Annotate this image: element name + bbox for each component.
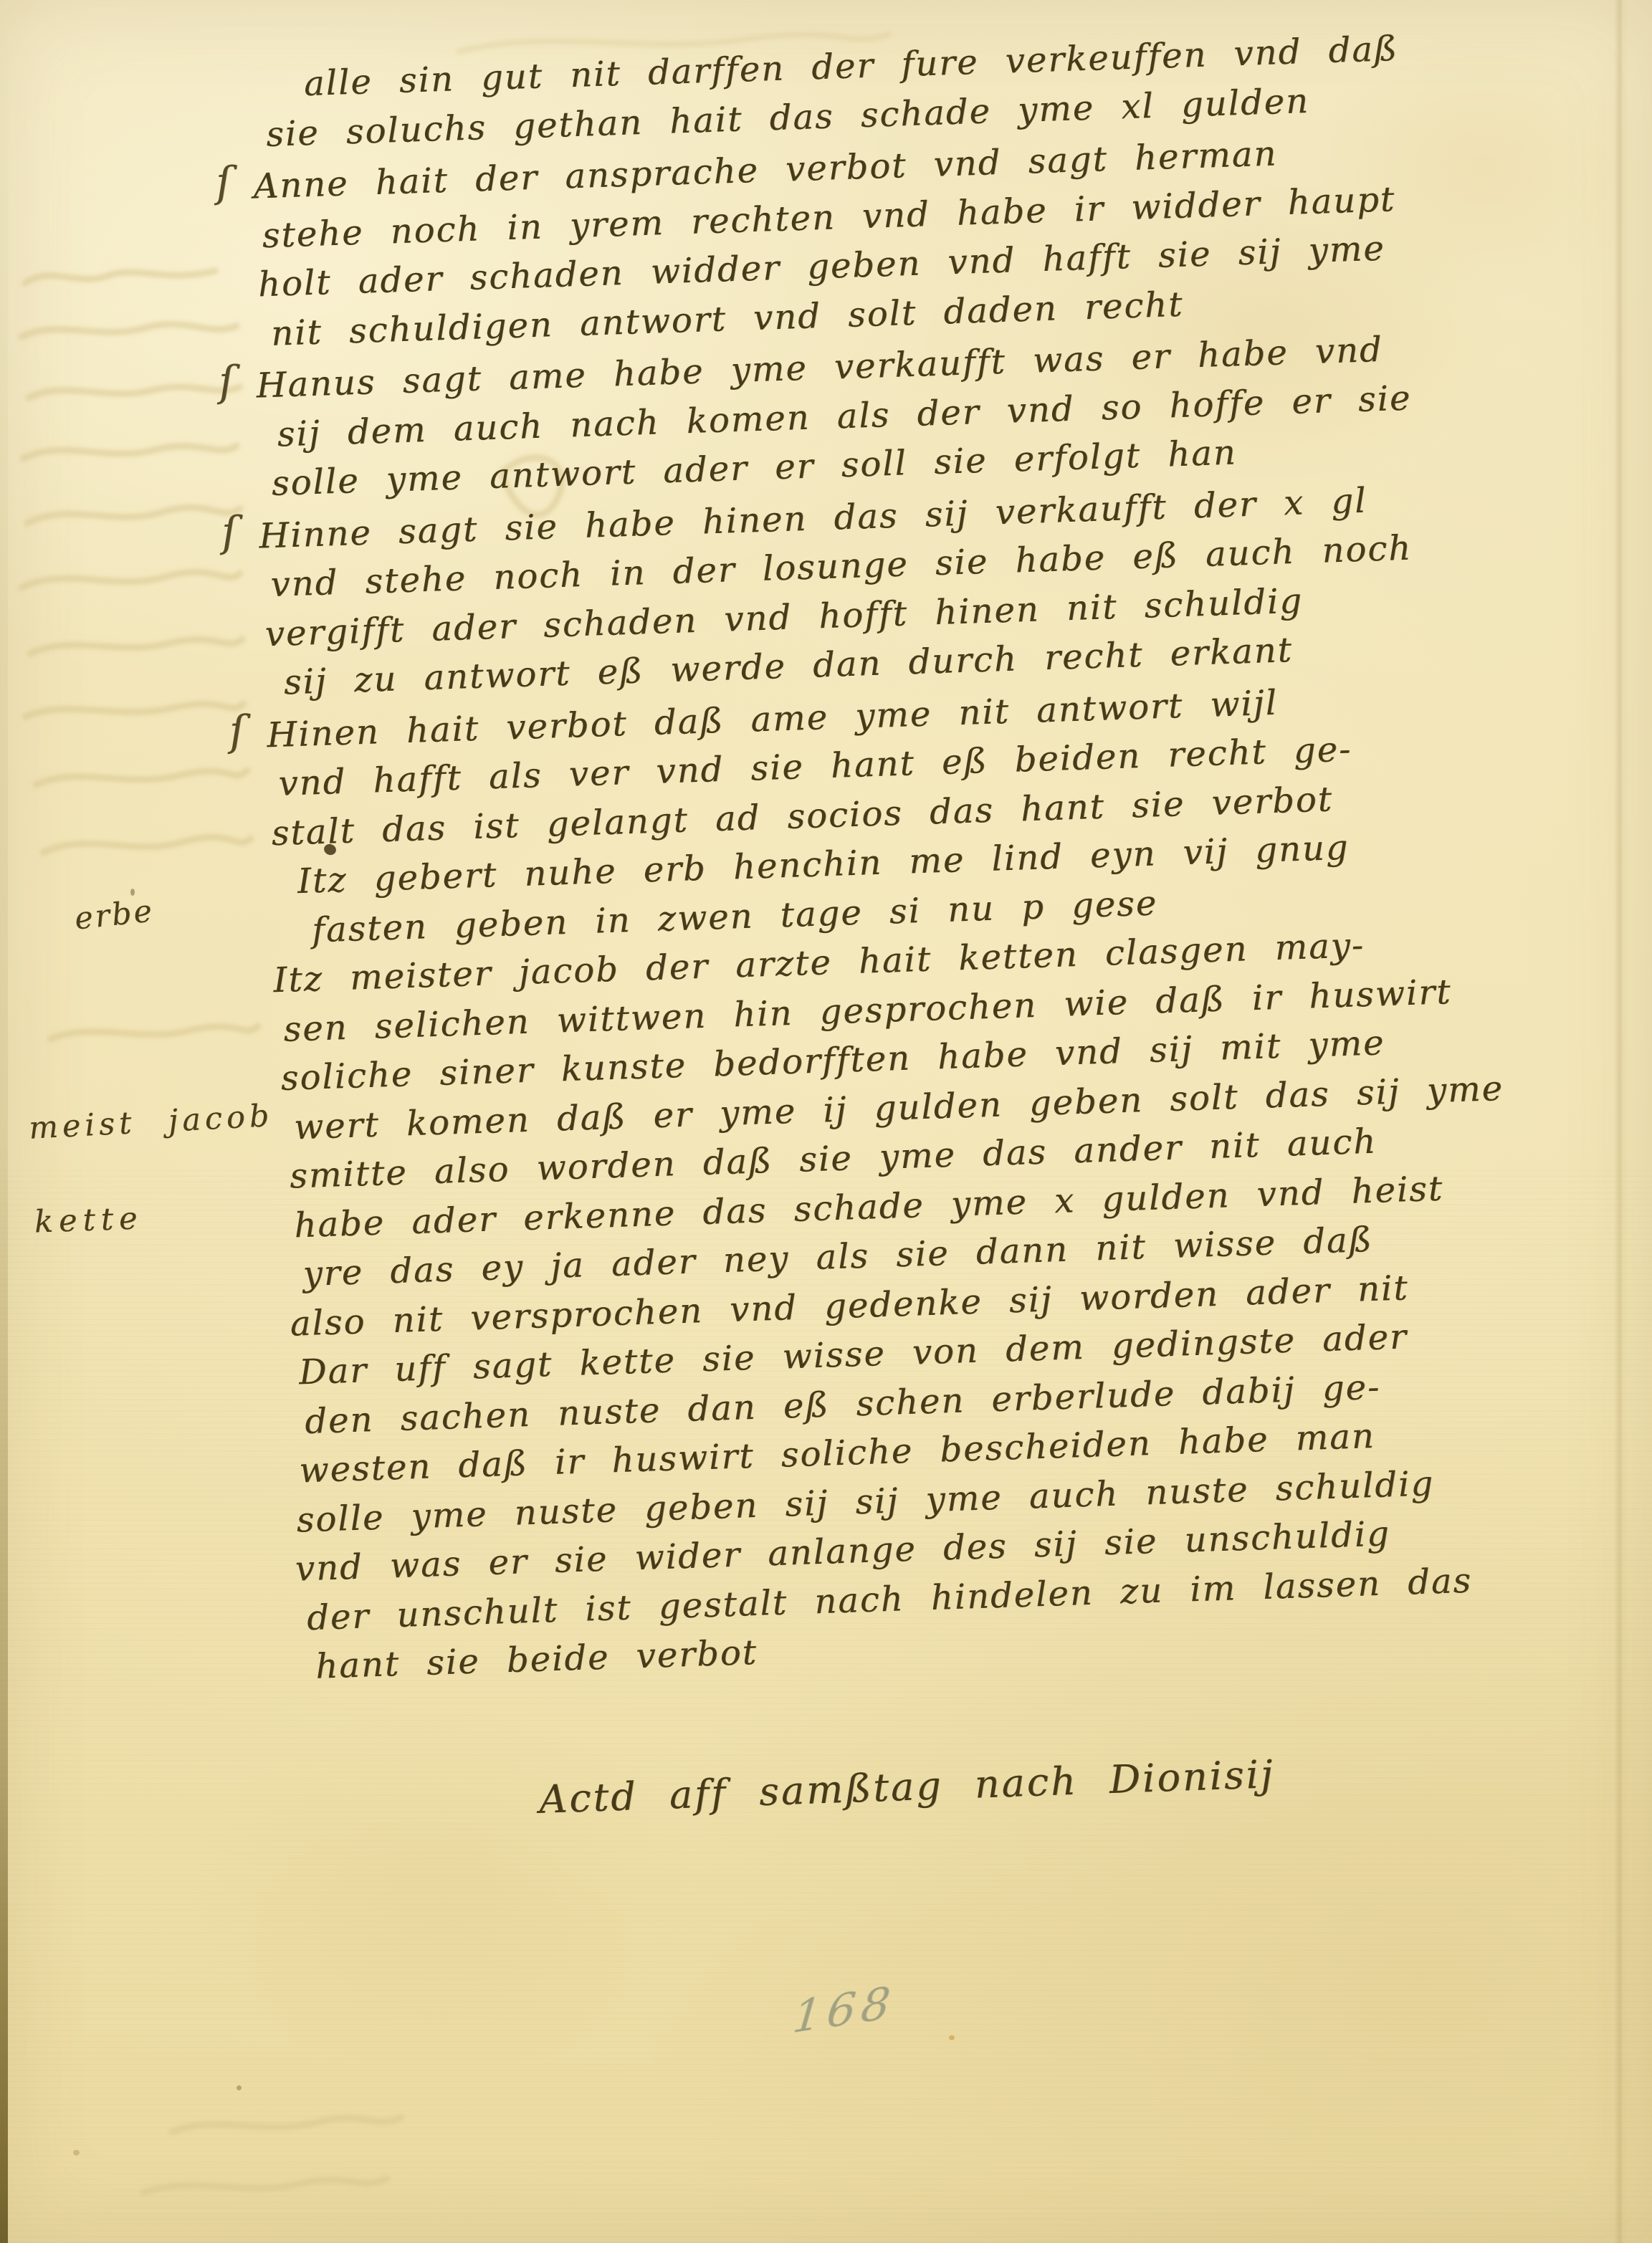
manuscript-text-block: alle sin gut nit darffen der fure verkeu… — [242, 16, 1652, 1693]
line-text: hant sie beide verbot — [315, 1632, 758, 1687]
page-left-edge — [0, 0, 8, 2243]
margin-note-erbe: erbe — [73, 896, 156, 934]
margin-note-kette: kette — [34, 1203, 143, 1238]
